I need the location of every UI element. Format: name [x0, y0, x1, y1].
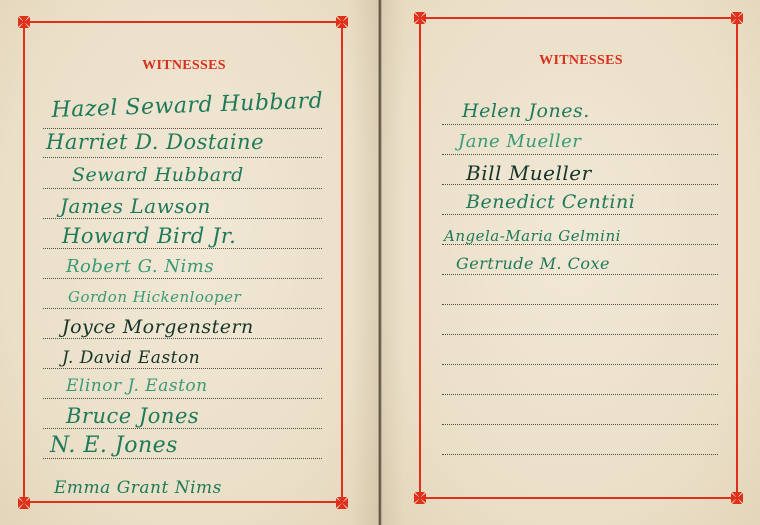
signature-line: [43, 128, 322, 129]
maltese-cross-icon: [730, 11, 744, 25]
signature: Joyce Morgenstern: [62, 316, 254, 338]
signature: Jane Mueller: [458, 131, 581, 152]
signature-line: [442, 394, 718, 395]
signature-line: [43, 248, 322, 249]
signature-line: [442, 124, 718, 125]
signature: Bruce Jones: [66, 404, 199, 428]
maltese-cross-icon: [413, 11, 427, 25]
signature-line: [442, 454, 718, 455]
maltese-cross-icon: [335, 496, 349, 510]
book-gutter: [378, 0, 382, 525]
signature-line: [442, 154, 718, 155]
maltese-cross-icon: [730, 491, 744, 505]
signature: Angela-Maria Gelmini: [444, 227, 621, 245]
signature-line: [43, 368, 322, 369]
signature: Helen Jones.: [462, 100, 590, 122]
signature: Benedict Centini: [466, 191, 635, 213]
signature: Robert G. Nims: [66, 256, 214, 277]
signature: Elinor J. Easton: [66, 376, 208, 396]
signature: Gertrude M. Coxe: [456, 254, 610, 273]
signature: James Lawson: [60, 194, 211, 218]
signature-line: [43, 398, 322, 399]
signature: N. E. Jones: [50, 433, 178, 458]
signature: J. David Easton: [62, 348, 200, 368]
book-spread: WITNESSES WITNESSES Hazel Seward Hubbard…: [0, 0, 760, 525]
signature-line: [442, 364, 718, 365]
signature-line: [442, 424, 718, 425]
gutter-shadow-right: [382, 0, 404, 525]
signature: Harriet D. Dostaine: [46, 130, 264, 154]
left-page-title: WITNESSES: [124, 58, 244, 74]
signature-line: [442, 274, 718, 275]
signature-line: [43, 308, 322, 309]
maltese-cross-icon: [17, 496, 31, 510]
signature-line: [43, 278, 322, 279]
signature: Bill Mueller: [466, 161, 592, 185]
signature-line: [43, 458, 322, 459]
signature: Emma Grant Nims: [54, 478, 222, 498]
gutter-shadow-left: [350, 0, 378, 525]
signature: Howard Bird Jr.: [62, 224, 236, 248]
signature-line: [442, 334, 718, 335]
signature: Gordon Hickenlooper: [68, 288, 241, 306]
signature-line: [43, 338, 322, 339]
signature-line: [442, 304, 718, 305]
signature-line: [43, 428, 322, 429]
signature-line: [43, 188, 322, 189]
right-page-title: WITNESSES: [521, 53, 641, 69]
signature-line: [43, 157, 322, 158]
maltese-cross-icon: [335, 15, 349, 29]
maltese-cross-icon: [413, 491, 427, 505]
signature-line: [43, 218, 322, 219]
maltese-cross-icon: [17, 15, 31, 29]
signature-line: [442, 214, 718, 215]
signature: Seward Hubbard: [72, 164, 244, 186]
